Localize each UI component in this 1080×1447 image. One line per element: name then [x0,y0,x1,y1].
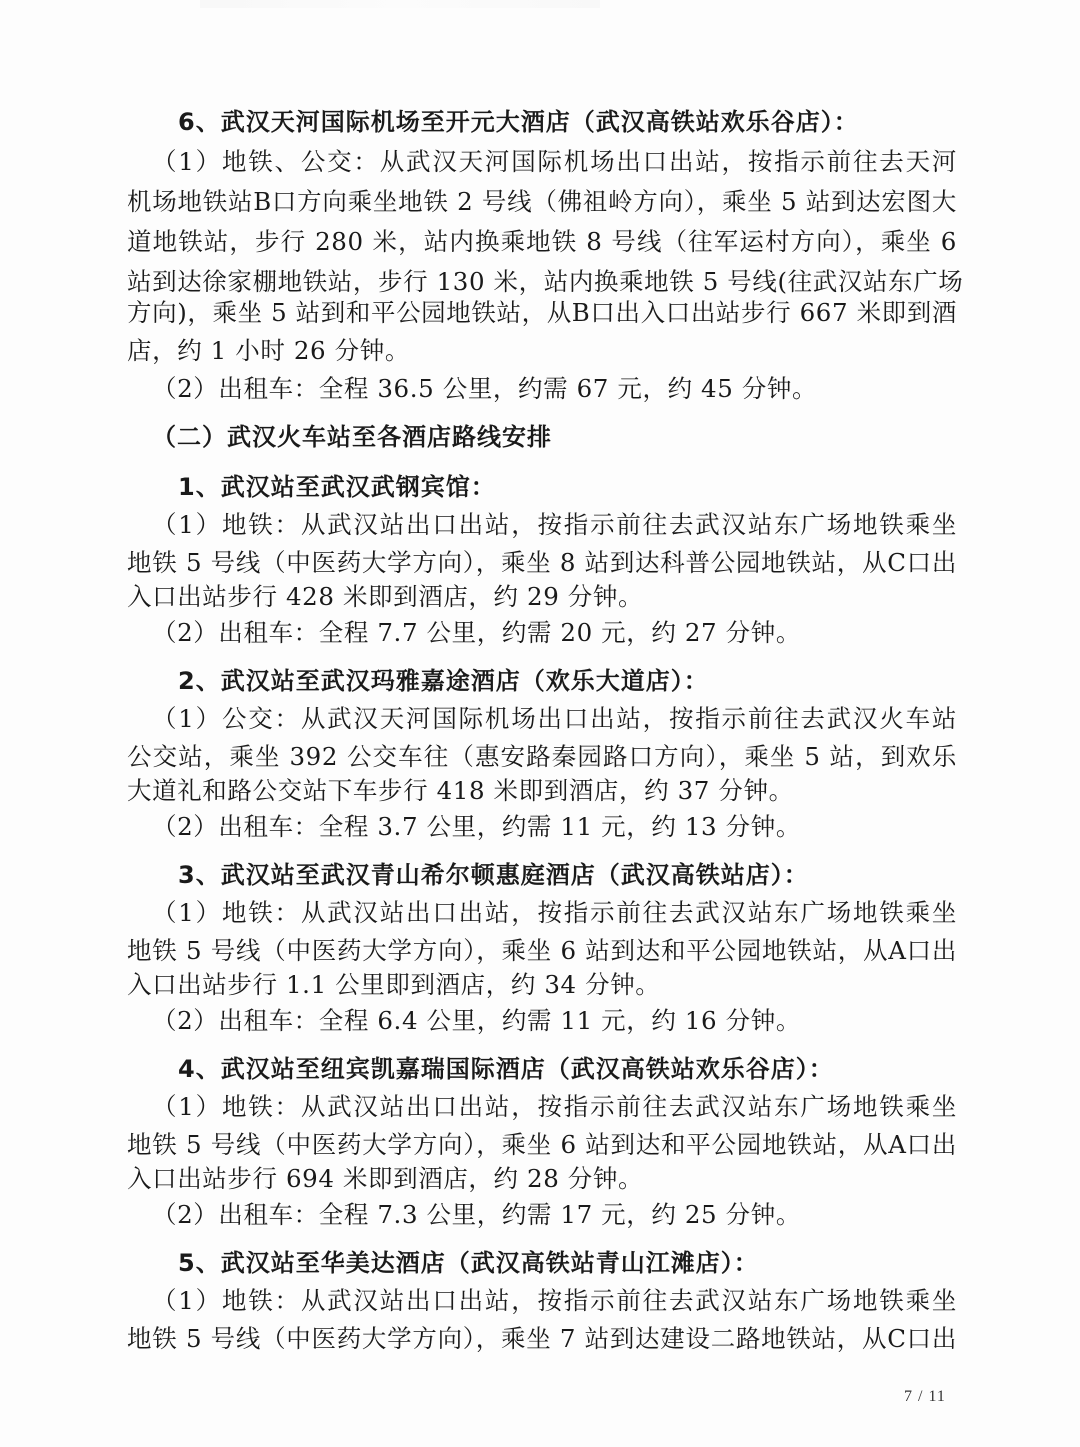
route-heading-2: 2、武汉站至武汉玛雅嘉途酒店（欢乐大道店）： [178,664,1008,698]
route-6-metro-line-5: 方向)，乘坐 5 站到和平公园地铁站，从B口出入口出站步行 667 米即到酒 [127,296,957,330]
route-heading-6: 6、武汉天河国际机场至开元大酒店（武汉高铁站欢乐谷店）： [178,105,1008,139]
route-6-metro-line-2: 机场地铁站B口方向乘坐地铁 2 号线（佛祖岭方向），乘坐 5 站到达宏图大 [127,185,957,219]
route-heading-3: 3、武汉站至武汉青山希尔顿惠庭酒店（武汉高铁站店）： [178,858,1008,892]
route-1-taxi: （2）出租车：全程 7.7 公里，约需 20 元，约 27 分钟。 [152,616,982,650]
route-2-bus-line-1: （1）公交：从武汉天河国际机场出口出站，按指示前往去武汉火车站 [152,702,957,736]
route-3-metro-line-2: 地铁 5 号线（中医药大学方向），乘坐 6 站到达和平公园地铁站，从A口出 [127,934,957,968]
route-6-metro-line-4: 站到达徐家棚地铁站，步行 130 米，站内换乘地铁 5 号线(往武汉站东广场 [127,265,957,299]
route-1-metro-line-1: （1）地铁：从武汉站出口出站，按指示前往去武汉站东广场地铁乘坐 [152,508,957,542]
route-3-taxi: （2）出租车：全程 6.4 公里，约需 11 元，约 16 分钟。 [152,1004,982,1038]
route-3-metro-line-3: 入口出站步行 1.1 公里即到酒店，约 34 分钟。 [127,968,957,1002]
route-1-metro-line-2: 地铁 5 号线（中医药大学方向），乘坐 8 站到达科普公园地铁站，从C口出 [127,546,957,580]
section-heading-train-station: （二）武汉火车站至各酒店路线安排 [152,420,982,454]
route-4-metro-line-2: 地铁 5 号线（中医药大学方向），乘坐 6 站到达和平公园地铁站，从A口出 [127,1128,957,1162]
route-heading-5: 5、武汉站至华美达酒店（武汉高铁站青山江滩店）： [178,1246,1008,1280]
route-5-metro-line-1: （1）地铁：从武汉站出口出站，按指示前往去武汉站东广场地铁乘坐 [152,1284,957,1318]
route-2-bus-line-2: 公交站，乘坐 392 公交车往（惠安路秦园路口方向），乘坐 5 站，到欢乐 [127,740,957,774]
route-1-metro-line-3: 入口出站步行 428 米即到酒店，约 29 分钟。 [127,580,957,614]
route-heading-4: 4、武汉站至纽宾凯嘉瑞国际酒店（武汉高铁站欢乐谷店）： [178,1052,1008,1086]
route-2-bus-line-3: 大道礼和路公交站下车步行 418 米即到酒店，约 37 分钟。 [127,774,957,808]
route-6-metro-line-6: 店，约 1 小时 26 分钟。 [127,334,957,368]
document-page: 6、武汉天河国际机场至开元大酒店（武汉高铁站欢乐谷店）： （1）地铁、公交：从武… [0,0,1080,1447]
page-number: 7 / 11 [904,1388,946,1406]
faded-previous-text [200,0,600,8]
route-4-taxi: （2）出租车：全程 7.3 公里，约需 17 元，约 25 分钟。 [152,1198,982,1232]
route-6-taxi: （2）出租车：全程 36.5 公里，约需 67 元，约 45 分钟。 [152,372,982,406]
route-6-metro-line-3: 道地铁站，步行 280 米，站内换乘地铁 8 号线（往军运村方向），乘坐 6 [127,225,957,259]
route-3-metro-line-1: （1）地铁：从武汉站出口出站，按指示前往去武汉站东广场地铁乘坐 [152,896,957,930]
route-5-metro-line-2: 地铁 5 号线（中医药大学方向），乘坐 7 站到达建设二路地铁站，从C口出 [127,1322,957,1356]
route-6-metro-line-1: （1）地铁、公交：从武汉天河国际机场出口出站，按指示前往去天河 [152,145,957,179]
route-2-taxi: （2）出租车：全程 3.7 公里，约需 11 元，约 13 分钟。 [152,810,982,844]
route-heading-1: 1、武汉站至武汉武钢宾馆： [178,470,1008,504]
route-4-metro-line-3: 入口出站步行 694 米即到酒店，约 28 分钟。 [127,1162,957,1196]
route-4-metro-line-1: （1）地铁：从武汉站出口出站，按指示前往去武汉站东广场地铁乘坐 [152,1090,957,1124]
